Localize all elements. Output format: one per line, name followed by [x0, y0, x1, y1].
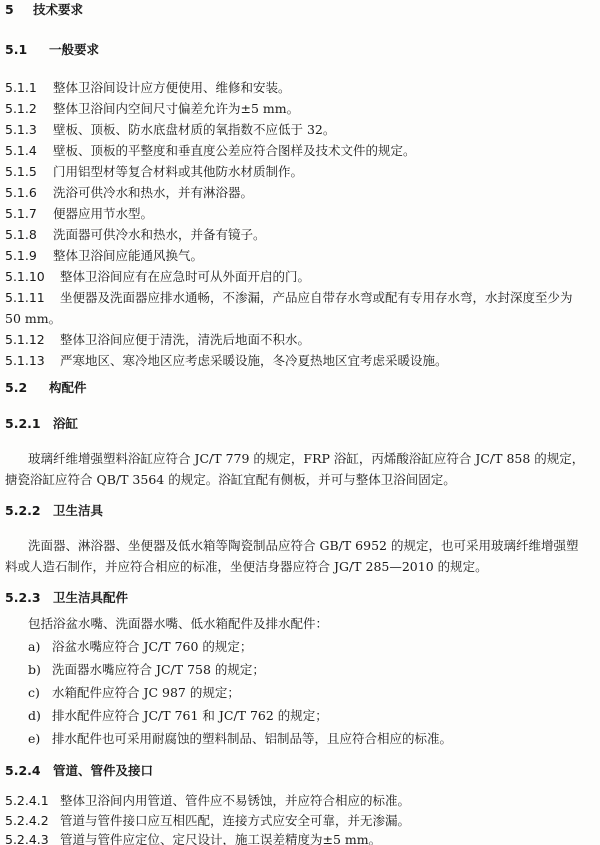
list-item-e: e)排水配件也可采用耐腐蚀的塑料制品、铝制品等，且应符合相应的标准。 — [28, 731, 452, 747]
clause-5-1-8: 5.1.8洗面器可供冷水和热水，并备有镜子。 — [5, 227, 266, 243]
section-title: 卫生洁具 — [53, 503, 103, 518]
section-title: 浴缸 — [53, 416, 78, 431]
paragraph-5-2-1-line-2: 搪瓷浴缸应符合 QB/T 3564 的规定。浴缸宜配有侧板，并可与整体卫浴间固定… — [5, 472, 456, 488]
section-5-2-heading: 5.2构配件 — [5, 380, 87, 396]
clause-text: 便器应用节水型。 — [53, 206, 153, 221]
section-number: 5.2.1 — [5, 416, 53, 432]
clause-5-1-13: 5.1.13严寒地区、寒冷地区应考虑采暖设施，冬冷夏热地区宜考虑采暖设施。 — [5, 353, 448, 369]
clause-text: 坐便器及洗面器应排水通畅，不渗漏，产品应自带存水弯或配有专用存水弯，水封深度至少… — [60, 290, 573, 305]
section-title: 技术要求 — [33, 2, 83, 17]
clause-number: 5.2.4.2 — [5, 813, 60, 829]
paragraph-text: 料或人造石制作，并应符合相应的标准，坐便洁身器应符合 JG/T 285—2010… — [5, 559, 488, 574]
section-title: 构配件 — [49, 380, 87, 395]
section-number: 5.2.2 — [5, 503, 53, 519]
clause-5-1-9: 5.1.9整体卫浴间应能通风换气。 — [5, 248, 203, 264]
list-item-d: d)排水配件应符合 JC/T 761 和 JC/T 762 的规定； — [28, 708, 328, 724]
section-5-1-heading: 5.1一般要求 — [5, 42, 99, 58]
clause-5-1-7: 5.1.7便器应用节水型。 — [5, 206, 153, 222]
clause-number: 5.1.6 — [5, 185, 53, 201]
section-5-2-4-heading: 5.2.4管道、管件及接口 — [5, 763, 153, 779]
section-title: 管道、管件及接口 — [53, 763, 153, 778]
clause-number: 5.1.7 — [5, 206, 53, 222]
clause-text: 整体卫浴间应有在应急时可从外面开启的门。 — [60, 269, 310, 284]
paragraph-text: 玻璃纤维增强塑料浴缸应符合 JC/T 779 的规定，FRP 浴缸，丙烯酸浴缸应… — [28, 451, 584, 466]
clause-5-2-4-2: 5.2.4.2管道与管件接口应互相匹配，连接方式应安全可靠，并无渗漏。 — [5, 813, 410, 829]
list-item-b: b)洗面器水嘴应符合 JC/T 758 的规定； — [28, 662, 265, 678]
clause-5-2-4-3: 5.2.4.3管道与管件应定位、定尺设计，施工误差精度为±5 mm。 — [5, 832, 381, 845]
clause-number: 5.1.11 — [5, 290, 60, 306]
clause-text: 壁板、顶板的平整度和垂直度公差应符合图样及技术文件的规定。 — [53, 143, 416, 158]
clause-number: 5.1.8 — [5, 227, 53, 243]
clause-number: 5.1.1 — [5, 80, 53, 96]
clause-number: 5.1.3 — [5, 122, 53, 138]
clause-text: 整体卫浴间内空间尺寸偏差允许为±5 mm。 — [53, 101, 299, 116]
clause-5-1-6: 5.1.6洗浴可供冷水和热水，并有淋浴器。 — [5, 185, 253, 201]
clause-number: 5.1.5 — [5, 164, 53, 180]
paragraph-text: 洗面器、淋浴器、坐便器及低水箱等陶瓷制品应符合 GB/T 6952 的规定，也可… — [28, 538, 578, 553]
list-text: 洗面器水嘴应符合 JC/T 758 的规定； — [52, 662, 265, 677]
clause-number: 5.1.13 — [5, 353, 60, 369]
paragraph-5-2-3-intro: 包括浴盆水嘴、洗面器水嘴、低水箱配件及排水配件： — [28, 616, 328, 632]
clause-text: 洗浴可供冷水和热水，并有淋浴器。 — [53, 185, 253, 200]
clause-text: 管道与管件接口应互相匹配，连接方式应安全可靠，并无渗漏。 — [60, 813, 410, 828]
clause-5-1-11: 5.1.11坐便器及洗面器应排水通畅，不渗漏，产品应自带存水弯或配有专用存水弯，… — [5, 290, 573, 306]
list-item-c: c)水箱配件应符合 JC 987 的规定； — [28, 685, 240, 701]
clause-text: 门用铝型材等复合材料或其他防水材质制作。 — [53, 164, 303, 179]
section-number: 5.1 — [5, 42, 49, 58]
clause-5-1-4: 5.1.4壁板、顶板的平整度和垂直度公差应符合图样及技术文件的规定。 — [5, 143, 416, 159]
clause-5-1-1: 5.1.1整体卫浴间设计应方便使用、维修和安装。 — [5, 80, 291, 96]
section-number: 5.2 — [5, 380, 49, 396]
clause-text: 管道与管件应定位、定尺设计，施工误差精度为±5 mm。 — [60, 832, 381, 845]
clause-5-1-10: 5.1.10整体卫浴间应有在应急时可从外面开启的门。 — [5, 269, 310, 285]
clause-number: 5.2.4.3 — [5, 832, 60, 845]
section-number: 5 — [5, 2, 33, 18]
clause-5-1-5: 5.1.5门用铝型材等复合材料或其他防水材质制作。 — [5, 164, 303, 180]
section-number: 5.2.3 — [5, 590, 53, 606]
clause-5-1-2: 5.1.2整体卫浴间内空间尺寸偏差允许为±5 mm。 — [5, 101, 299, 117]
clause-number: 5.1.12 — [5, 332, 60, 348]
clause-text: 整体卫浴间设计应方便使用、维修和安装。 — [53, 80, 291, 95]
clause-5-2-4-1: 5.2.4.1整体卫浴间内用管道、管件应不易锈蚀，并应符合相应的标准。 — [5, 793, 410, 809]
clause-text: 壁板、顶板、防水底盘材质的氧指数不应低于 32。 — [53, 122, 335, 137]
paragraph-text: 搪瓷浴缸应符合 QB/T 3564 的规定。浴缸宜配有侧板，并可与整体卫浴间固定… — [5, 472, 456, 487]
clause-number: 5.1.4 — [5, 143, 53, 159]
section-5-2-1-heading: 5.2.1浴缸 — [5, 416, 78, 432]
section-title: 卫生洁具配件 — [53, 590, 128, 605]
section-title: 一般要求 — [49, 42, 99, 57]
clause-text: 整体卫浴间应便于清洗，清洗后地面不积水。 — [60, 332, 310, 347]
section-5-heading: 5技术要求 — [5, 2, 83, 18]
clause-text: 严寒地区、寒冷地区应考虑采暖设施，冬冷夏热地区宜考虑采暖设施。 — [60, 353, 448, 368]
list-text: 排水配件也可采用耐腐蚀的塑料制品、铝制品等，且应符合相应的标准。 — [52, 731, 452, 746]
list-text: 排水配件应符合 JC/T 761 和 JC/T 762 的规定； — [52, 708, 328, 723]
list-marker: c) — [28, 685, 52, 701]
clause-text: 整体卫浴间应能通风换气。 — [53, 248, 203, 263]
paragraph-5-2-1-line-1: 玻璃纤维增强塑料浴缸应符合 JC/T 779 的规定，FRP 浴缸，丙烯酸浴缸应… — [28, 451, 584, 467]
section-5-2-3-heading: 5.2.3卫生洁具配件 — [5, 590, 128, 606]
list-marker: d) — [28, 708, 52, 724]
clause-number: 5.2.4.1 — [5, 793, 60, 809]
clause-number: 5.1.2 — [5, 101, 53, 117]
clause-number: 5.1.9 — [5, 248, 53, 264]
clause-5-1-3: 5.1.3壁板、顶板、防水底盘材质的氧指数不应低于 32。 — [5, 122, 335, 138]
paragraph-5-2-2-line-2: 料或人造石制作，并应符合相应的标准，坐便洁身器应符合 JG/T 285—2010… — [5, 559, 488, 575]
list-marker: e) — [28, 731, 52, 747]
section-5-2-2-heading: 5.2.2卫生洁具 — [5, 503, 103, 519]
list-item-a: a)浴盆水嘴应符合 JC/T 760 的规定； — [28, 639, 252, 655]
list-marker: a) — [28, 639, 52, 655]
list-text: 浴盆水嘴应符合 JC/T 760 的规定； — [52, 639, 252, 654]
clause-text: 洗面器可供冷水和热水，并备有镜子。 — [53, 227, 266, 242]
clause-5-1-12: 5.1.12整体卫浴间应便于清洗，清洗后地面不积水。 — [5, 332, 310, 348]
clause-number: 5.1.10 — [5, 269, 60, 285]
list-text: 水箱配件应符合 JC 987 的规定； — [52, 685, 240, 700]
paragraph-5-2-2-line-1: 洗面器、淋浴器、坐便器及低水箱等陶瓷制品应符合 GB/T 6952 的规定，也可… — [28, 538, 578, 554]
list-marker: b) — [28, 662, 52, 678]
clause-text: 50 mm。 — [5, 311, 61, 326]
section-number: 5.2.4 — [5, 763, 53, 779]
clause-5-1-11-continuation: 50 mm。 — [5, 311, 61, 327]
clause-text: 整体卫浴间内用管道、管件应不易锈蚀，并应符合相应的标准。 — [60, 793, 410, 808]
paragraph-text: 包括浴盆水嘴、洗面器水嘴、低水箱配件及排水配件： — [28, 616, 328, 631]
